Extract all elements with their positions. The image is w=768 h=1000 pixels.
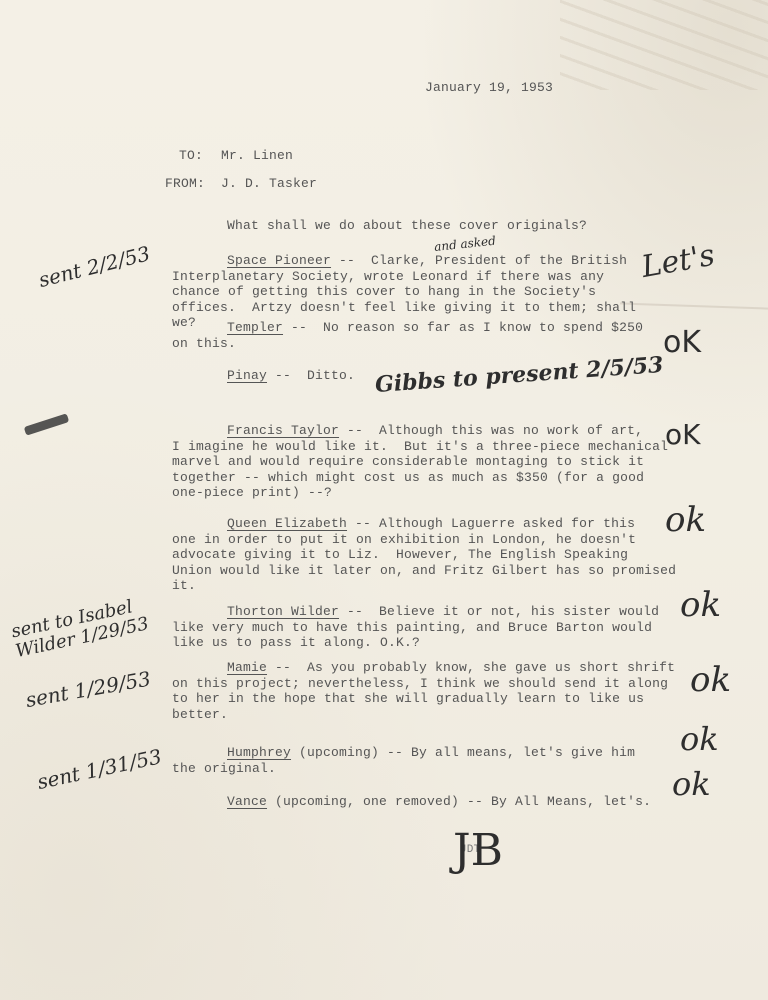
- from-label: FROM:: [165, 176, 205, 192]
- memo-line: Interplanetary Society, wrote Leonard if…: [172, 269, 636, 285]
- from-value: J. D. Tasker: [221, 176, 317, 192]
- memo-line: better.: [172, 707, 675, 723]
- note-ok-mamie: ok: [690, 660, 731, 700]
- note-ok-vance: ok: [672, 765, 711, 803]
- item-title: Queen Elizabeth: [227, 516, 347, 531]
- memo-line: advocate giving it to Liz. However, The …: [172, 547, 676, 563]
- memo-line: together -- which might cost us as much …: [172, 470, 668, 486]
- memo-line: on this.: [172, 336, 643, 352]
- memo-date: January 19, 1953: [425, 80, 553, 96]
- paper-crease: [560, 0, 768, 90]
- memo-line: Humphrey (upcoming) -- By all means, let…: [172, 745, 635, 761]
- memo-item: Mamie -- As you probably know, she gave …: [172, 660, 675, 722]
- memo-line: Union would like it later on, and Fritz …: [172, 563, 676, 579]
- item-title: Francis Taylor: [227, 423, 339, 438]
- item-title: Thorton Wilder: [227, 604, 339, 619]
- note-ok-templer: oK: [663, 325, 701, 360]
- memo-item: Templer -- No reason so far as I know to…: [172, 320, 643, 351]
- memo-line: marvel and would require considerable mo…: [172, 454, 668, 470]
- note-ok-humphrey: ok: [680, 720, 719, 758]
- memo-item: Queen Elizabeth -- Although Laguerre ask…: [172, 516, 676, 594]
- to-value: Mr. Linen: [221, 148, 293, 164]
- note-ok-elizabeth: ok: [665, 500, 706, 540]
- memo-line: on this project; nevertheless, I think w…: [172, 676, 675, 692]
- memo-line: like very much to have this painting, an…: [172, 620, 659, 636]
- memo-line: I imagine he would like it. But it's a t…: [172, 439, 668, 455]
- item-title: Pinay: [227, 368, 267, 383]
- memo-line: one-piece print) --?: [172, 485, 668, 501]
- memo-line: one in order to put it on exhibition in …: [172, 532, 676, 548]
- memo-line: Thorton Wilder -- Believe it or not, his…: [172, 604, 659, 620]
- signature: JB: [453, 825, 503, 876]
- to-label: TO:: [179, 148, 203, 164]
- memo-line: Templer -- No reason so far as I know to…: [172, 320, 643, 336]
- memo-intro: What shall we do about these cover origi…: [227, 218, 587, 234]
- item-title: Mamie: [227, 660, 267, 675]
- memo-item: Pinay -- Ditto.: [172, 368, 355, 384]
- memo-line: Pinay -- Ditto.: [172, 368, 355, 384]
- memo-line: Mamie -- As you probably know, she gave …: [172, 660, 675, 676]
- memo-line: Queen Elizabeth -- Although Laguerre ask…: [172, 516, 676, 532]
- memo-item: Francis Taylor -- Although this was no w…: [172, 423, 668, 501]
- note-ok-taylor: oK: [665, 418, 701, 451]
- memo-line: like us to pass it along. O.K.?: [172, 635, 659, 651]
- item-title: Space Pioneer: [227, 253, 331, 268]
- memo-line: offices. Artzy doesn't feel like giving …: [172, 300, 636, 316]
- memo-line: Vance (upcoming, one removed) -- By All …: [172, 794, 651, 810]
- note-ok-wilder: ok: [680, 585, 721, 625]
- memo-line: to her in the hope that she will gradual…: [172, 691, 675, 707]
- memo-line: chance of getting this cover to hang in …: [172, 284, 636, 300]
- memo-line: the original.: [172, 761, 635, 777]
- memo-item: Thorton Wilder -- Believe it or not, his…: [172, 604, 659, 651]
- item-title: Humphrey: [227, 745, 291, 760]
- item-title: Templer: [227, 320, 283, 335]
- memo-item: Vance (upcoming, one removed) -- By All …: [172, 794, 651, 810]
- memo-line: it.: [172, 578, 676, 594]
- item-title: Vance: [227, 794, 267, 809]
- memo-line: Francis Taylor -- Although this was no w…: [172, 423, 668, 439]
- memo-item: Humphrey (upcoming) -- By all means, let…: [172, 745, 635, 776]
- memo-line: Space Pioneer -- Clarke, President of th…: [172, 253, 636, 269]
